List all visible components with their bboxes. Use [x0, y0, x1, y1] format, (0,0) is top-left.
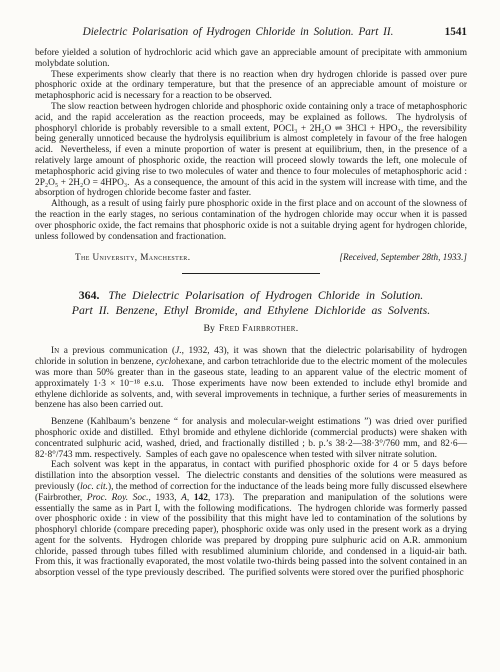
signature-line: The University, Manchester. [Received, S… [35, 252, 467, 263]
page-number: 1541 [445, 26, 467, 39]
paragraph: The slow reaction between hydrogen chlor… [35, 102, 467, 199]
running-title: Dielectric Polarisation of Hydrogen Chlo… [35, 26, 467, 39]
journal-page: Dielectric Polarisation of Hydrogen Chlo… [0, 0, 500, 672]
paragraph-experimental-solvents: Each solvent was kept in the apparatus, … [35, 460, 467, 579]
paragraph: Although, as a result of using fairly pu… [35, 199, 467, 242]
article-title-text: The Dielectric Polarisation of Hydrogen … [108, 288, 423, 302]
section-divider [182, 273, 320, 274]
paragraph-continuation: before yielded a solution of hydrochlori… [35, 48, 467, 70]
received-note: [Received, September 28th, 1933.] [339, 252, 467, 263]
paragraph-introduction: In a previous communication (J., 1932, 4… [35, 346, 467, 411]
article-title-line1: 364.The Dielectric Polarisation of Hydro… [35, 288, 467, 303]
byline: ByFred Fairbrother. [35, 323, 467, 334]
paragraph-experimental-benzene: Benzene (Kahlbaum’s benzene “ for analys… [35, 417, 467, 460]
affiliation: The University, Manchester. [75, 252, 190, 263]
article-title: 364.The Dielectric Polarisation of Hydro… [35, 288, 467, 317]
page-header: Dielectric Polarisation of Hydrogen Chlo… [35, 26, 467, 39]
article-number: 364. [79, 288, 100, 302]
author-name: Fred Fairbrother. [219, 323, 299, 334]
article-title-line2: Part II. Benzene, Ethyl Bromide, and Eth… [35, 303, 467, 318]
byline-prefix: By [203, 323, 214, 334]
paragraph: These experiments show clearly that ther… [35, 70, 467, 102]
